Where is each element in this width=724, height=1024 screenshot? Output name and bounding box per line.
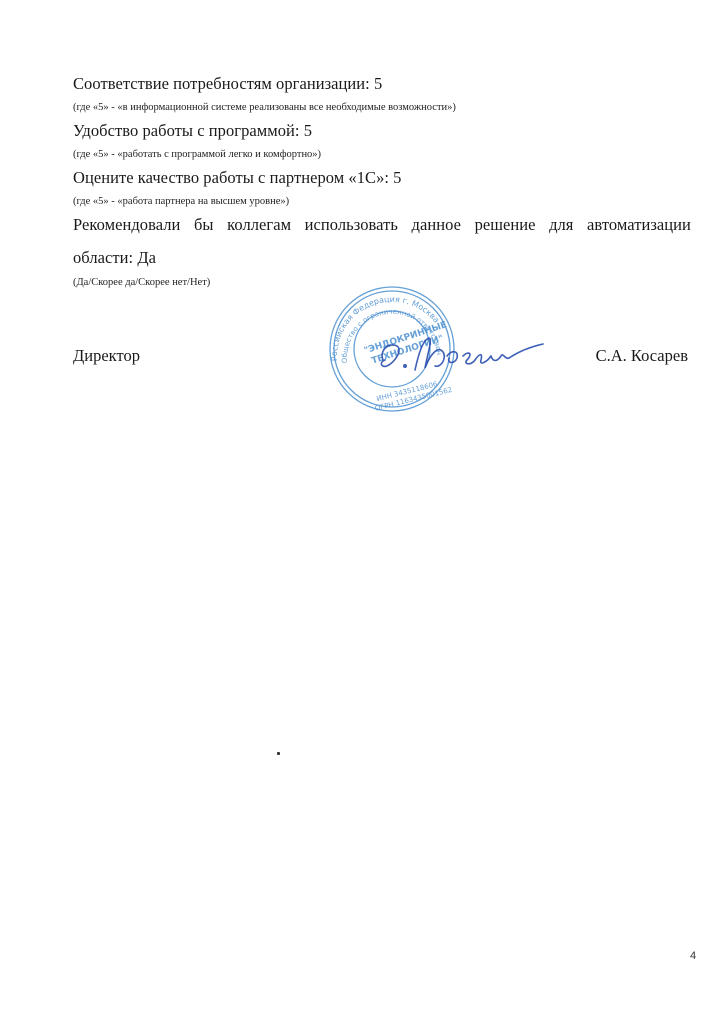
recommend-question-line1: Рекомендовали бы коллегам использовать д… <box>73 215 691 235</box>
recommend-question-line2: области: Да <box>73 248 156 268</box>
word: решение <box>475 215 536 235</box>
word: использовать <box>305 215 398 235</box>
question-3-label: Оцените качество работы с партнером «1С»… <box>73 168 401 188</box>
word: автоматизации <box>587 215 691 235</box>
question-2-note: (где «5» - «работать с программой легко … <box>73 149 321 160</box>
question-1-label: Соответствие потребностям организации: 5 <box>73 74 382 94</box>
word: данное <box>412 215 461 235</box>
question-2-label: Удобство работы с программой: 5 <box>73 121 312 141</box>
signer-role: Директор <box>73 346 140 366</box>
question-1-note: (где «5» - «в информационной системе реа… <box>73 102 456 113</box>
recommend-note: (Да/Скорее да/Скорее нет/Нет) <box>73 277 210 288</box>
scan-speck <box>277 752 280 755</box>
word: коллегам <box>227 215 291 235</box>
handwritten-signature-icon <box>375 322 555 382</box>
page-number: 4 <box>690 950 696 962</box>
word: Рекомендовали <box>73 215 180 235</box>
question-3-note: (где «5» - «работа партнера на высшем ур… <box>73 196 289 207</box>
word: для <box>549 215 573 235</box>
signer-name: С.А. Косарев <box>596 346 688 366</box>
word: бы <box>194 215 214 235</box>
